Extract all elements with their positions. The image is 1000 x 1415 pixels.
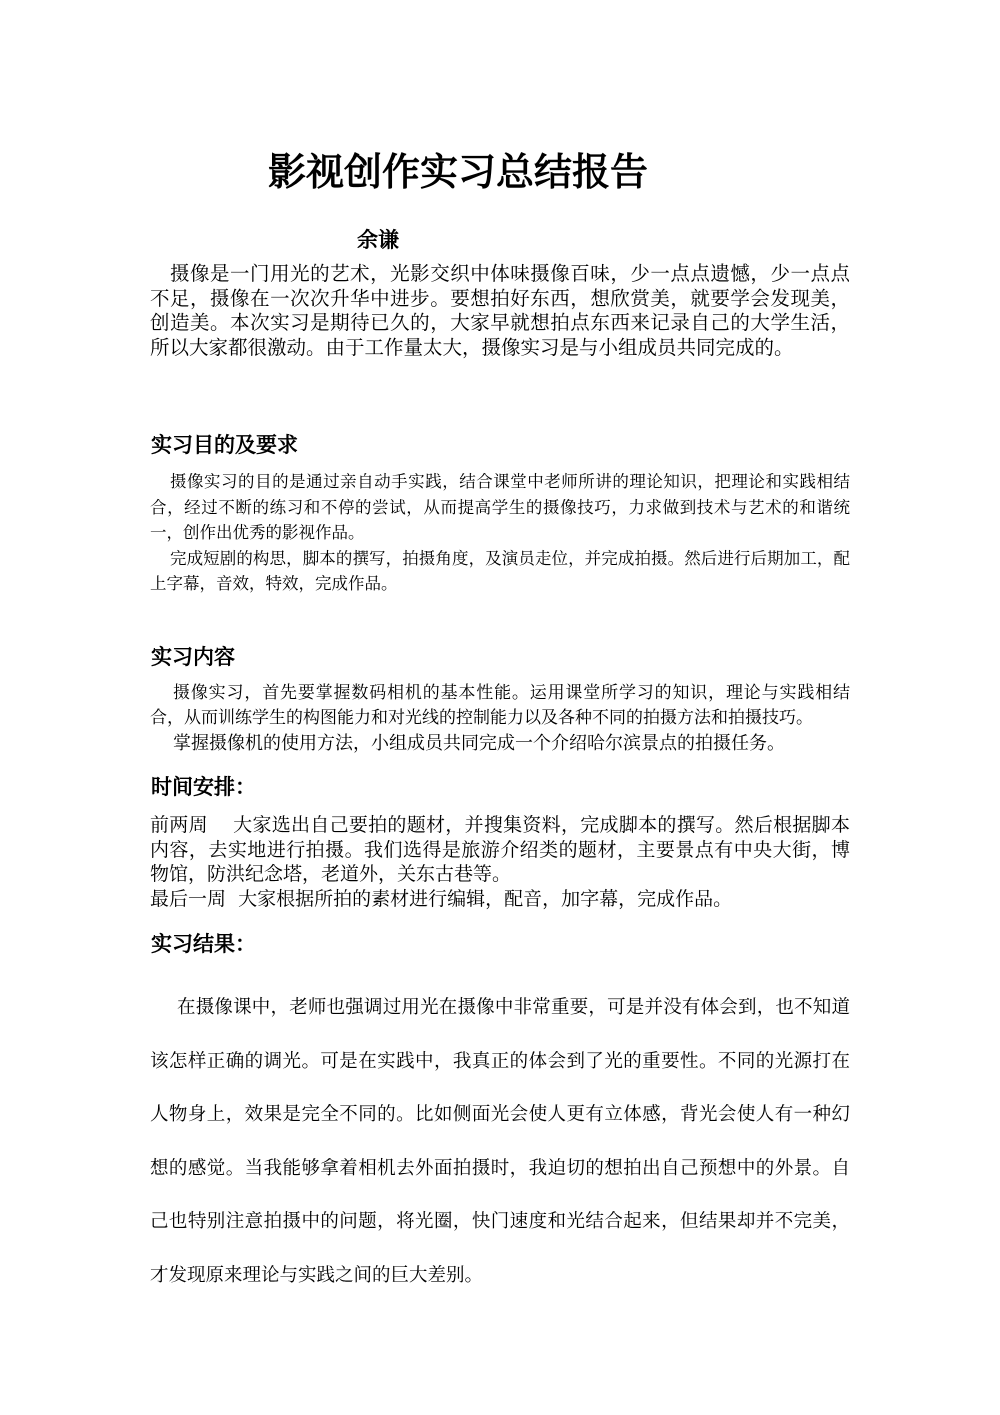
result-section: 在摄像课中，老师也强调过用光在摄像中非常重要，可是并没有体会到，也不知道该怎样正… bbox=[150, 981, 850, 1302]
heading-purpose: 实习目的及要求 bbox=[151, 431, 298, 459]
schedule-item: 前两周 大家选出自己要拍的题材，并搜集资料，完成脚本的撰写。然后根据脚本内容，去… bbox=[150, 813, 850, 887]
schedule-item: 最后一周 大家根据所拍的素材进行编辑，配音，加字幕，完成作品。 bbox=[150, 887, 850, 912]
schedule-text: 大家选出自己要拍的题材，并搜集资料，完成脚本的撰写。然后根据脚本内容，去实地进行… bbox=[150, 814, 850, 885]
document-author: 余谦 bbox=[357, 226, 399, 254]
purpose-paragraph-1: 摄像实习的目的是通过亲自动手实践，结合课堂中老师所讲的理论知识，把理论和实践相结… bbox=[150, 469, 850, 546]
content-section: 摄像实习，首先要掌握数码相机的基本性能。运用课堂所学习的知识，理论与实践相结合，… bbox=[150, 681, 850, 756]
document-page: 影视创作实习总结报告 余谦 摄像是一门用光的艺术，光影交织中体味摄像百味，少一点… bbox=[0, 0, 1000, 1415]
purpose-paragraph-2: 完成短剧的构思，脚本的撰写，拍摄角度，及演员走位，并完成拍摄。然后进行后期加工，… bbox=[150, 546, 850, 597]
schedule-period: 最后一周 bbox=[150, 888, 226, 910]
document-title: 影视创作实习总结报告 bbox=[268, 148, 648, 196]
content-paragraph-2: 掌握摄像机的使用方法，小组成员共同完成一个介绍哈尔滨景点的拍摄任务。 bbox=[150, 731, 850, 756]
heading-schedule: 时间安排： bbox=[151, 773, 256, 801]
result-paragraph: 在摄像课中，老师也强调过用光在摄像中非常重要，可是并没有体会到，也不知道该怎样正… bbox=[150, 981, 850, 1302]
intro-paragraph: 摄像是一门用光的艺术，光影交织中体味摄像百味，少一点点遗憾，少一点点不足，摄像在… bbox=[150, 262, 850, 360]
heading-result: 实习结果： bbox=[151, 930, 256, 958]
schedule-text: 大家根据所拍的素材进行编辑，配音，加字幕，完成作品。 bbox=[238, 888, 732, 910]
purpose-section: 摄像实习的目的是通过亲自动手实践，结合课堂中老师所讲的理论知识，把理论和实践相结… bbox=[150, 469, 850, 597]
schedule-section: 前两周 大家选出自己要拍的题材，并搜集资料，完成脚本的撰写。然后根据脚本内容，去… bbox=[150, 813, 850, 911]
schedule-period: 前两周 bbox=[150, 814, 208, 836]
content-paragraph-1: 摄像实习，首先要掌握数码相机的基本性能。运用课堂所学习的知识，理论与实践相结合，… bbox=[150, 681, 850, 731]
heading-content: 实习内容 bbox=[151, 643, 235, 671]
